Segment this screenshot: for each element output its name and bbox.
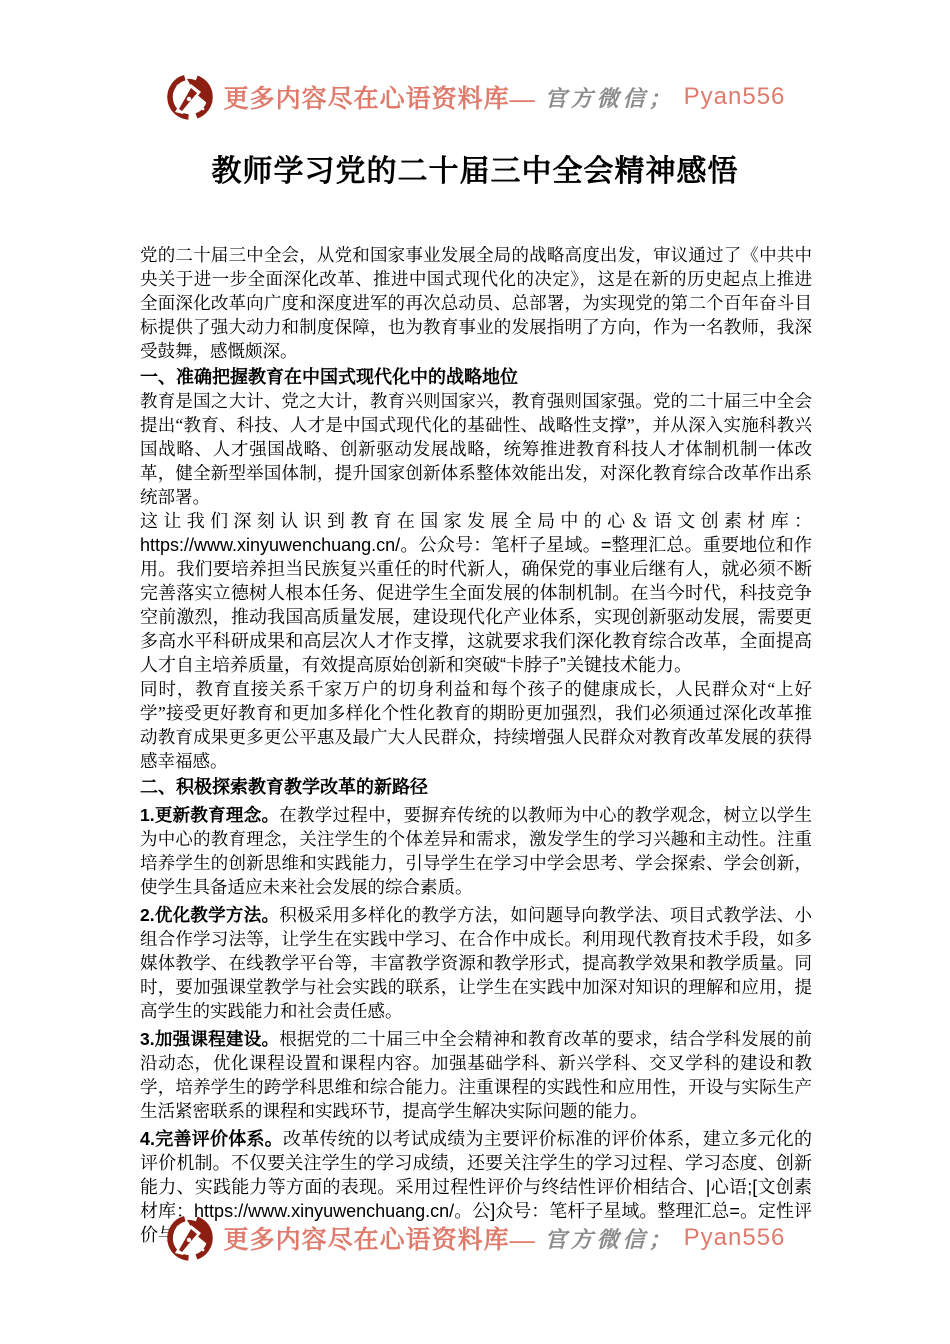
pen-logo-icon (165, 1213, 215, 1263)
section-1-heading: 一、准确把握教育在中国式现代化中的战略地位 (140, 365, 812, 389)
section-1-paragraph-3: 同时，教育直接关系千家万户的切身利益和每个孩子的健康成长，人民群众对“上好学”接… (140, 677, 812, 773)
section-1-paragraph-2: 这让我们深刻认识到教育在国家发展全局中的心＆语文创素材库：https://www… (140, 509, 812, 677)
watermark-text: 更多内容尽在心语资料库— (224, 79, 536, 115)
header-watermark: 更多内容尽在心语资料库—官方微信；Pyan556 (0, 72, 950, 122)
watermark-wechat-id: Pyan556 (684, 1224, 786, 1252)
section-2-heading: 二、积极探索教育教学改革的新路径 (140, 775, 812, 799)
paragraph-intro: 党的二十届三中全会，从党和国家事业发展全局的战略高度出发，审议通过了《中共中央关… (140, 243, 812, 363)
list-item-2: 2.优化教学方法。积极采用多样化的教学方法，如问题导向教学法、项目式教学法、小组… (140, 903, 812, 1023)
watermark-wechat-id: Pyan556 (684, 83, 786, 111)
list-item-2-lead: 2.优化教学方法。 (140, 905, 279, 925)
list-item-1: 1.更新教育理念。在教学过程中，要摒弃传统的以教师为中心的教学观念，树立以学生为… (140, 803, 812, 899)
watermark-wechat-label: 官方微信； (545, 82, 675, 113)
document-page: 更多内容尽在心语资料库—官方微信；Pyan556 教师学习党的二十届三中全会精神… (0, 0, 950, 1344)
footer-watermark: 更多内容尽在心语资料库—官方微信；Pyan556 (0, 1213, 950, 1263)
list-item-3-lead: 3.加强课程建设。 (140, 1029, 279, 1049)
list-item-4-lead: 4.完善评价体系。 (140, 1129, 283, 1149)
pen-logo-icon (165, 72, 215, 122)
section-1-paragraph-1: 教育是国之大计、党之大计，教育兴则国家兴，教育强则国家强。党的二十届三中全会提出… (140, 389, 812, 509)
list-item-1-lead: 1.更新教育理念。 (140, 805, 279, 825)
watermark-text: 更多内容尽在心语资料库— (224, 1220, 536, 1256)
list-item-3: 3.加强课程建设。根据党的二十届三中全会精神和教育改革的要求，结合学科发展的前沿… (140, 1027, 812, 1123)
watermark-wechat-label: 官方微信； (545, 1223, 675, 1254)
document-title: 教师学习党的二十届三中全会精神感悟 (0, 146, 950, 190)
document-body: 党的二十届三中全会，从党和国家事业发展全局的战略高度出发，审议通过了《中共中央关… (140, 243, 812, 1247)
